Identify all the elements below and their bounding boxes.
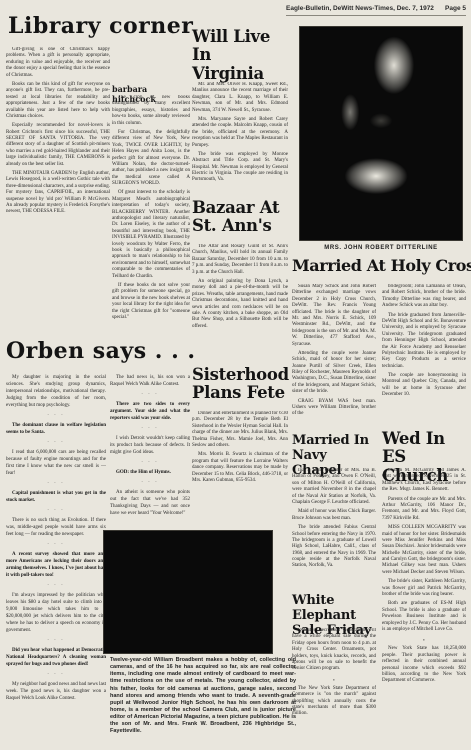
filler-paragraph: New York State has 18,250,000 people. Th…: [382, 646, 466, 684]
paragraph: The couple are honeymooning in Montreal …: [382, 373, 466, 399]
library-column-2: The crop of new books distinguished by m…: [112, 95, 190, 338]
paragraph: Maid of honor was Miss Chick Barger. Bru…: [292, 509, 376, 522]
section-separator: ▪: [382, 637, 466, 642]
joke-separator: · · ·: [110, 459, 190, 466]
joke: I read that 6,000,000 cars are being rec…: [6, 449, 106, 477]
joke-separator: · · ·: [6, 507, 106, 514]
title-line: Married In: [292, 434, 376, 449]
paragraph: Mrs. Morris B. Swartz is chairman of the…: [192, 452, 288, 484]
article-title-married-at-holy-cross: Married At Holy Cross: [292, 256, 468, 275]
library-paragraph: For Christmas, the delightfully differen…: [112, 130, 190, 188]
joke: I'm always impressed by the politician w…: [6, 592, 106, 634]
camera-photo-caption: Twelve-year-old William Broadbent makes …: [110, 657, 296, 745]
article-title-sisterhood-plans-fete: Sisterhood Plans Fete: [192, 366, 288, 403]
article-title-orben-says: Orben says . . .: [6, 338, 196, 364]
white-elephant-body: DeWitt's Recreation Generation will have…: [292, 628, 376, 748]
paragraph: Susan Mary Schick and John Robert Ditter…: [292, 284, 376, 348]
joke: GOD: the Him of Hymns.: [110, 469, 190, 476]
paragraph: An original painting by Dona Lynch, a mo…: [192, 279, 288, 330]
joke: My neighbor had good news and bad news l…: [6, 681, 106, 702]
library-paragraph: Especially recommended for novel-lovers …: [6, 123, 110, 168]
wed-es-body: Sharon M. McGarrity and James A. Gott we…: [382, 468, 466, 748]
paragraph: Sharon M. McGarrity and James A. Gott we…: [382, 468, 466, 494]
article-title-will-live-in-virginia: Will Live In Virginia: [192, 28, 288, 83]
title-line: Wed In: [382, 430, 468, 448]
title-line: Plans Fete: [192, 384, 288, 402]
paragraph: Dinner and entertainment is planned for …: [192, 411, 288, 449]
joke: Capital punishment is what you get in th…: [6, 490, 106, 504]
joke-separator: · · ·: [6, 637, 106, 644]
joke: There are two sides to every argument. Y…: [110, 401, 190, 422]
paragraph: The bride was employed by Monroe Abstrac…: [192, 152, 288, 184]
filler-paragraph: The New York State Department of Commerc…: [292, 686, 376, 718]
library-paragraph: Gift-giving is one of Christmas's happy …: [6, 47, 110, 79]
joke: There is no such thing as Evolution. If …: [6, 517, 106, 538]
title-line: St. Ann's: [192, 217, 288, 235]
bride-photo-caption: MRS. JOHN ROBERT DITTERLINE: [294, 245, 468, 251]
title-line: Will Live: [192, 28, 288, 46]
joke: The dominant clause in welfare legislati…: [6, 422, 106, 436]
paragraph: Ina T. Bell, daughter of Mrs. Ina B. Hal…: [292, 468, 376, 506]
joke-separator: · · ·: [6, 582, 106, 589]
joke: A recent survey showed that more and mor…: [6, 551, 106, 579]
paragraph: The bride graduated from Jamesville-DeWi…: [382, 313, 466, 371]
library-paragraph: If these books do not solve your gift pr…: [112, 283, 190, 321]
library-paragraph: The crop of new books distinguished by m…: [112, 95, 190, 127]
paragraph: bridegroom; John Lamanna of Olean, and R…: [382, 284, 466, 310]
joke-separator: · · ·: [6, 671, 106, 678]
paragraph: MISS COLLEEN MCGARRITY was maid of honor…: [382, 525, 466, 576]
library-paragraph: THE MINOTAUR GARDEN by English author, L…: [6, 171, 110, 216]
section-separator: ▪: [292, 677, 376, 682]
paragraph: Mr. and Mrs. Oliver H. Knapp, Sweet Rd.,…: [192, 82, 288, 114]
paragraph: The bride's sister, Kathleen McGarrity, …: [382, 579, 466, 598]
joke: My daughter is majoring in the social sc…: [6, 374, 106, 409]
navy-chapel-body: Ina T. Bell, daughter of Mrs. Ina B. Hal…: [292, 468, 376, 590]
article-title-library-corner: Library corner: [8, 13, 193, 39]
masthead-title: Eagle-Bulletin, DeWitt News-Times, Dec. …: [286, 5, 434, 12]
paragraph: Both are graduates of ES-M High School. …: [382, 601, 466, 633]
joke-separator: · · ·: [110, 425, 190, 432]
joke: I wish Detroit wouldn't keep calling its…: [110, 435, 190, 456]
library-column-1: Gift-giving is one of Christmas's happy …: [6, 47, 110, 337]
paragraph: Attending the couple were Joanne Schick,…: [292, 351, 376, 396]
title-line: In Virginia: [192, 46, 288, 83]
joke-separator: · · ·: [110, 479, 190, 486]
joke-separator: · · ·: [6, 480, 106, 487]
title-line: White Elephant: [292, 594, 382, 624]
masthead: Eagle-Bulletin, DeWitt News-Times, Dec. …: [286, 5, 466, 16]
paragraph: The bride attended Fabius Central School…: [292, 525, 376, 570]
orben-column-1: My daughter is majoring in the social sc…: [6, 374, 106, 746]
paragraph: Mrs. Maryanne Sayre and Robert Carey att…: [192, 117, 288, 149]
title-line: Sisterhood: [192, 366, 288, 384]
bazaar-body: The Altar and Rosary Guild of St. Ann's …: [192, 244, 288, 366]
newspaper-page: Eagle-Bulletin, DeWitt News-Times, Dec. …: [0, 0, 471, 750]
joke-separator: · · ·: [6, 541, 106, 548]
will-live-body: Mr. and Mrs. Oliver H. Knapp, Sweet Rd.,…: [192, 82, 288, 198]
library-paragraph: Books can be this kind of gift for every…: [6, 82, 110, 120]
title-line: Bazaar At: [192, 199, 288, 217]
masthead-page-number: Page 5: [445, 5, 466, 12]
paragraph: CRAIG BYAM WAS best man. Ushers were Wil…: [292, 399, 376, 418]
joke: The bad news is, his son won a Raquel We…: [110, 374, 190, 388]
bride-portrait-photo: [300, 27, 462, 240]
paragraph: Parents of the couple are Mr. and Mrs. A…: [382, 497, 466, 523]
holy-cross-column-1: Susan Mary Schick and John Robert Ditter…: [292, 284, 376, 431]
joke-separator: · · ·: [6, 412, 106, 419]
article-title-bazaar-at-st-anns: Bazaar At St. Ann's: [192, 199, 288, 236]
joke: Did you hear what happened at Democratic…: [6, 647, 106, 668]
sisterhood-body: Dinner and entertainment is planned for …: [192, 411, 288, 527]
holy-cross-column-2: bridegroom; John Lamanna of Olean, and R…: [382, 284, 466, 427]
camera-collection-photo: [104, 531, 272, 653]
library-paragraph: Of great interest to the scholarly is Ma…: [112, 190, 190, 279]
joke: An atheist is someone who points out the…: [110, 489, 190, 517]
paragraph: DeWitt's Recreation Generation will have…: [292, 628, 376, 673]
paragraph: The Altar and Rosary Guild of St. Ann's …: [192, 244, 288, 276]
joke-separator: · · ·: [110, 391, 190, 398]
joke-separator: · · ·: [6, 439, 106, 446]
orben-column-2: The bad news is, his son won a Raquel We…: [110, 374, 190, 529]
